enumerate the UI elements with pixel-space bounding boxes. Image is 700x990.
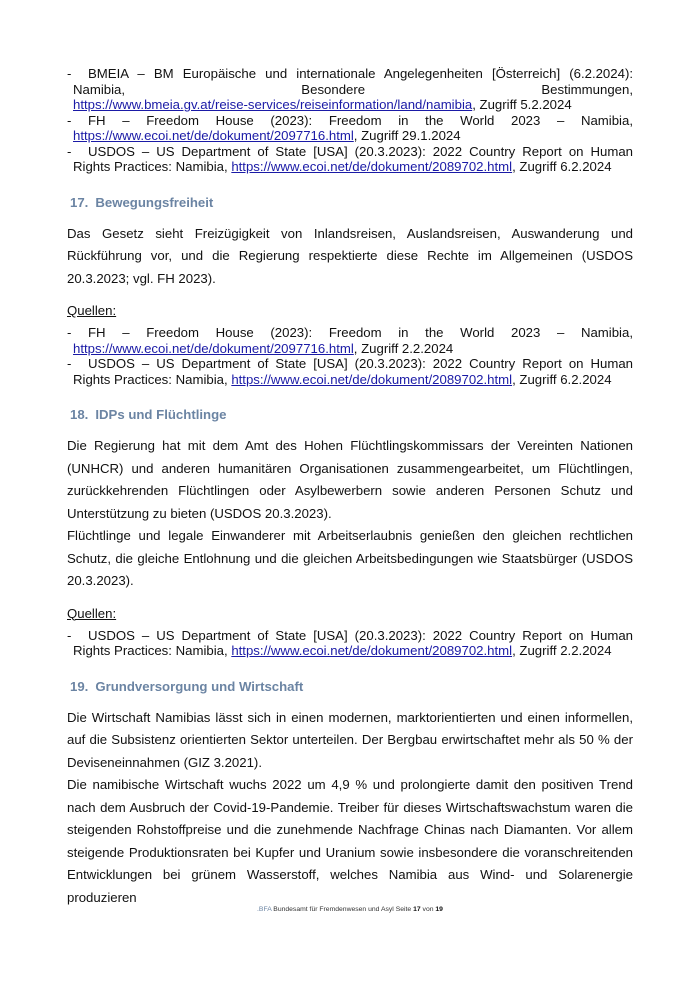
- section-number: 18.: [70, 407, 88, 422]
- section-number: 19.: [70, 679, 88, 694]
- section-number: 17.: [70, 195, 88, 210]
- source-item: - USDOS – US Department of State [USA] (…: [67, 356, 633, 387]
- section-heading-17: 17.Bewegungsfreiheit: [70, 195, 633, 211]
- source-text: FH – Freedom House (2023): Freedom in th…: [88, 113, 633, 128]
- page-content: - BMEIA – BM Europäische und internation…: [67, 66, 633, 909]
- source-access-date: , Zugriff 6.2.2024: [512, 372, 611, 387]
- source-access-date: , Zugriff 5.2.2024: [472, 97, 571, 112]
- paragraph: Die namibische Wirtschaft wuchs 2022 um …: [67, 774, 633, 909]
- source-list-top: - BMEIA – BM Europäische und internation…: [67, 66, 633, 175]
- source-item: - USDOS – US Department of State [USA] (…: [67, 628, 633, 659]
- source-text: BMEIA – BM Europäische und international…: [88, 66, 633, 81]
- source-text: Namibia, Besondere Bestimmungen,: [73, 82, 633, 98]
- source-access-date: , Zugriff 2.2.2024: [354, 341, 453, 356]
- document-page: - BMEIA – BM Europäische und internation…: [0, 0, 700, 990]
- list-dash: -: [67, 356, 71, 372]
- source-link[interactable]: https://www.ecoi.net/de/dokument/2089702…: [231, 159, 512, 174]
- list-dash: -: [67, 113, 71, 129]
- section-heading-19: 19.Grundversorgung und Wirtschaft: [70, 679, 633, 695]
- list-dash: -: [67, 325, 71, 341]
- page-label: Seite: [396, 906, 412, 913]
- sources-label: Quellen:: [67, 303, 633, 319]
- source-item: - USDOS – US Department of State [USA] (…: [67, 144, 633, 175]
- list-dash: -: [67, 144, 71, 160]
- paragraph: Flüchtlinge und legale Einwanderer mit A…: [67, 525, 633, 593]
- source-link[interactable]: https://www.ecoi.net/de/dokument/2097716…: [73, 341, 354, 356]
- source-item: - BMEIA – BM Europäische und internation…: [67, 66, 633, 113]
- source-item: - FH – Freedom House (2023): Freedom in …: [67, 325, 633, 356]
- source-link[interactable]: https://www.ecoi.net/de/dokument/2089702…: [231, 643, 512, 658]
- source-item: - FH – Freedom House (2023): Freedom in …: [67, 113, 633, 144]
- sources-label: Quellen:: [67, 606, 633, 622]
- source-text: FH – Freedom House (2023): Freedom in th…: [88, 325, 633, 340]
- source-link[interactable]: https://www.ecoi.net/de/dokument/2089702…: [231, 372, 512, 387]
- organization-name: Bundesamt für Fremdenwesen und Asyl: [273, 906, 394, 913]
- source-list-17: - FH – Freedom House (2023): Freedom in …: [67, 325, 633, 387]
- page-footer: .BFA Bundesamt für Fremdenwesen und Asyl…: [0, 906, 700, 913]
- paragraph: Die Regierung hat mit dem Amt des Hohen …: [67, 435, 633, 525]
- list-dash: -: [67, 628, 71, 644]
- section-title: Bewegungsfreiheit: [95, 195, 213, 210]
- section-heading-18: 18.IDPs und Flüchtlinge: [70, 407, 633, 423]
- section-title: Grundversorgung und Wirtschaft: [95, 679, 303, 694]
- page-current: 17: [413, 906, 421, 913]
- page-total: 19: [435, 906, 443, 913]
- paragraph: Die Wirtschaft Namibias lässt sich in ei…: [67, 707, 633, 775]
- source-access-date: , Zugriff 29.1.2024: [354, 128, 461, 143]
- page-of-label: von: [423, 906, 434, 913]
- source-link[interactable]: https://www.bmeia.gv.at/reise-services/r…: [73, 97, 472, 112]
- source-list-18: - USDOS – US Department of State [USA] (…: [67, 628, 633, 659]
- bfa-logo: .BFA: [257, 906, 271, 913]
- section-title: IDPs und Flüchtlinge: [95, 407, 226, 422]
- source-link[interactable]: https://www.ecoi.net/de/dokument/2097716…: [73, 128, 354, 143]
- source-access-date: , Zugriff 2.2.2024: [512, 643, 611, 658]
- list-dash: -: [67, 66, 71, 82]
- paragraph: Das Gesetz sieht Freizügigkeit von Inlan…: [67, 223, 633, 291]
- source-access-date: , Zugriff 6.2.2024: [512, 159, 611, 174]
- brand-name: BFA: [259, 906, 271, 913]
